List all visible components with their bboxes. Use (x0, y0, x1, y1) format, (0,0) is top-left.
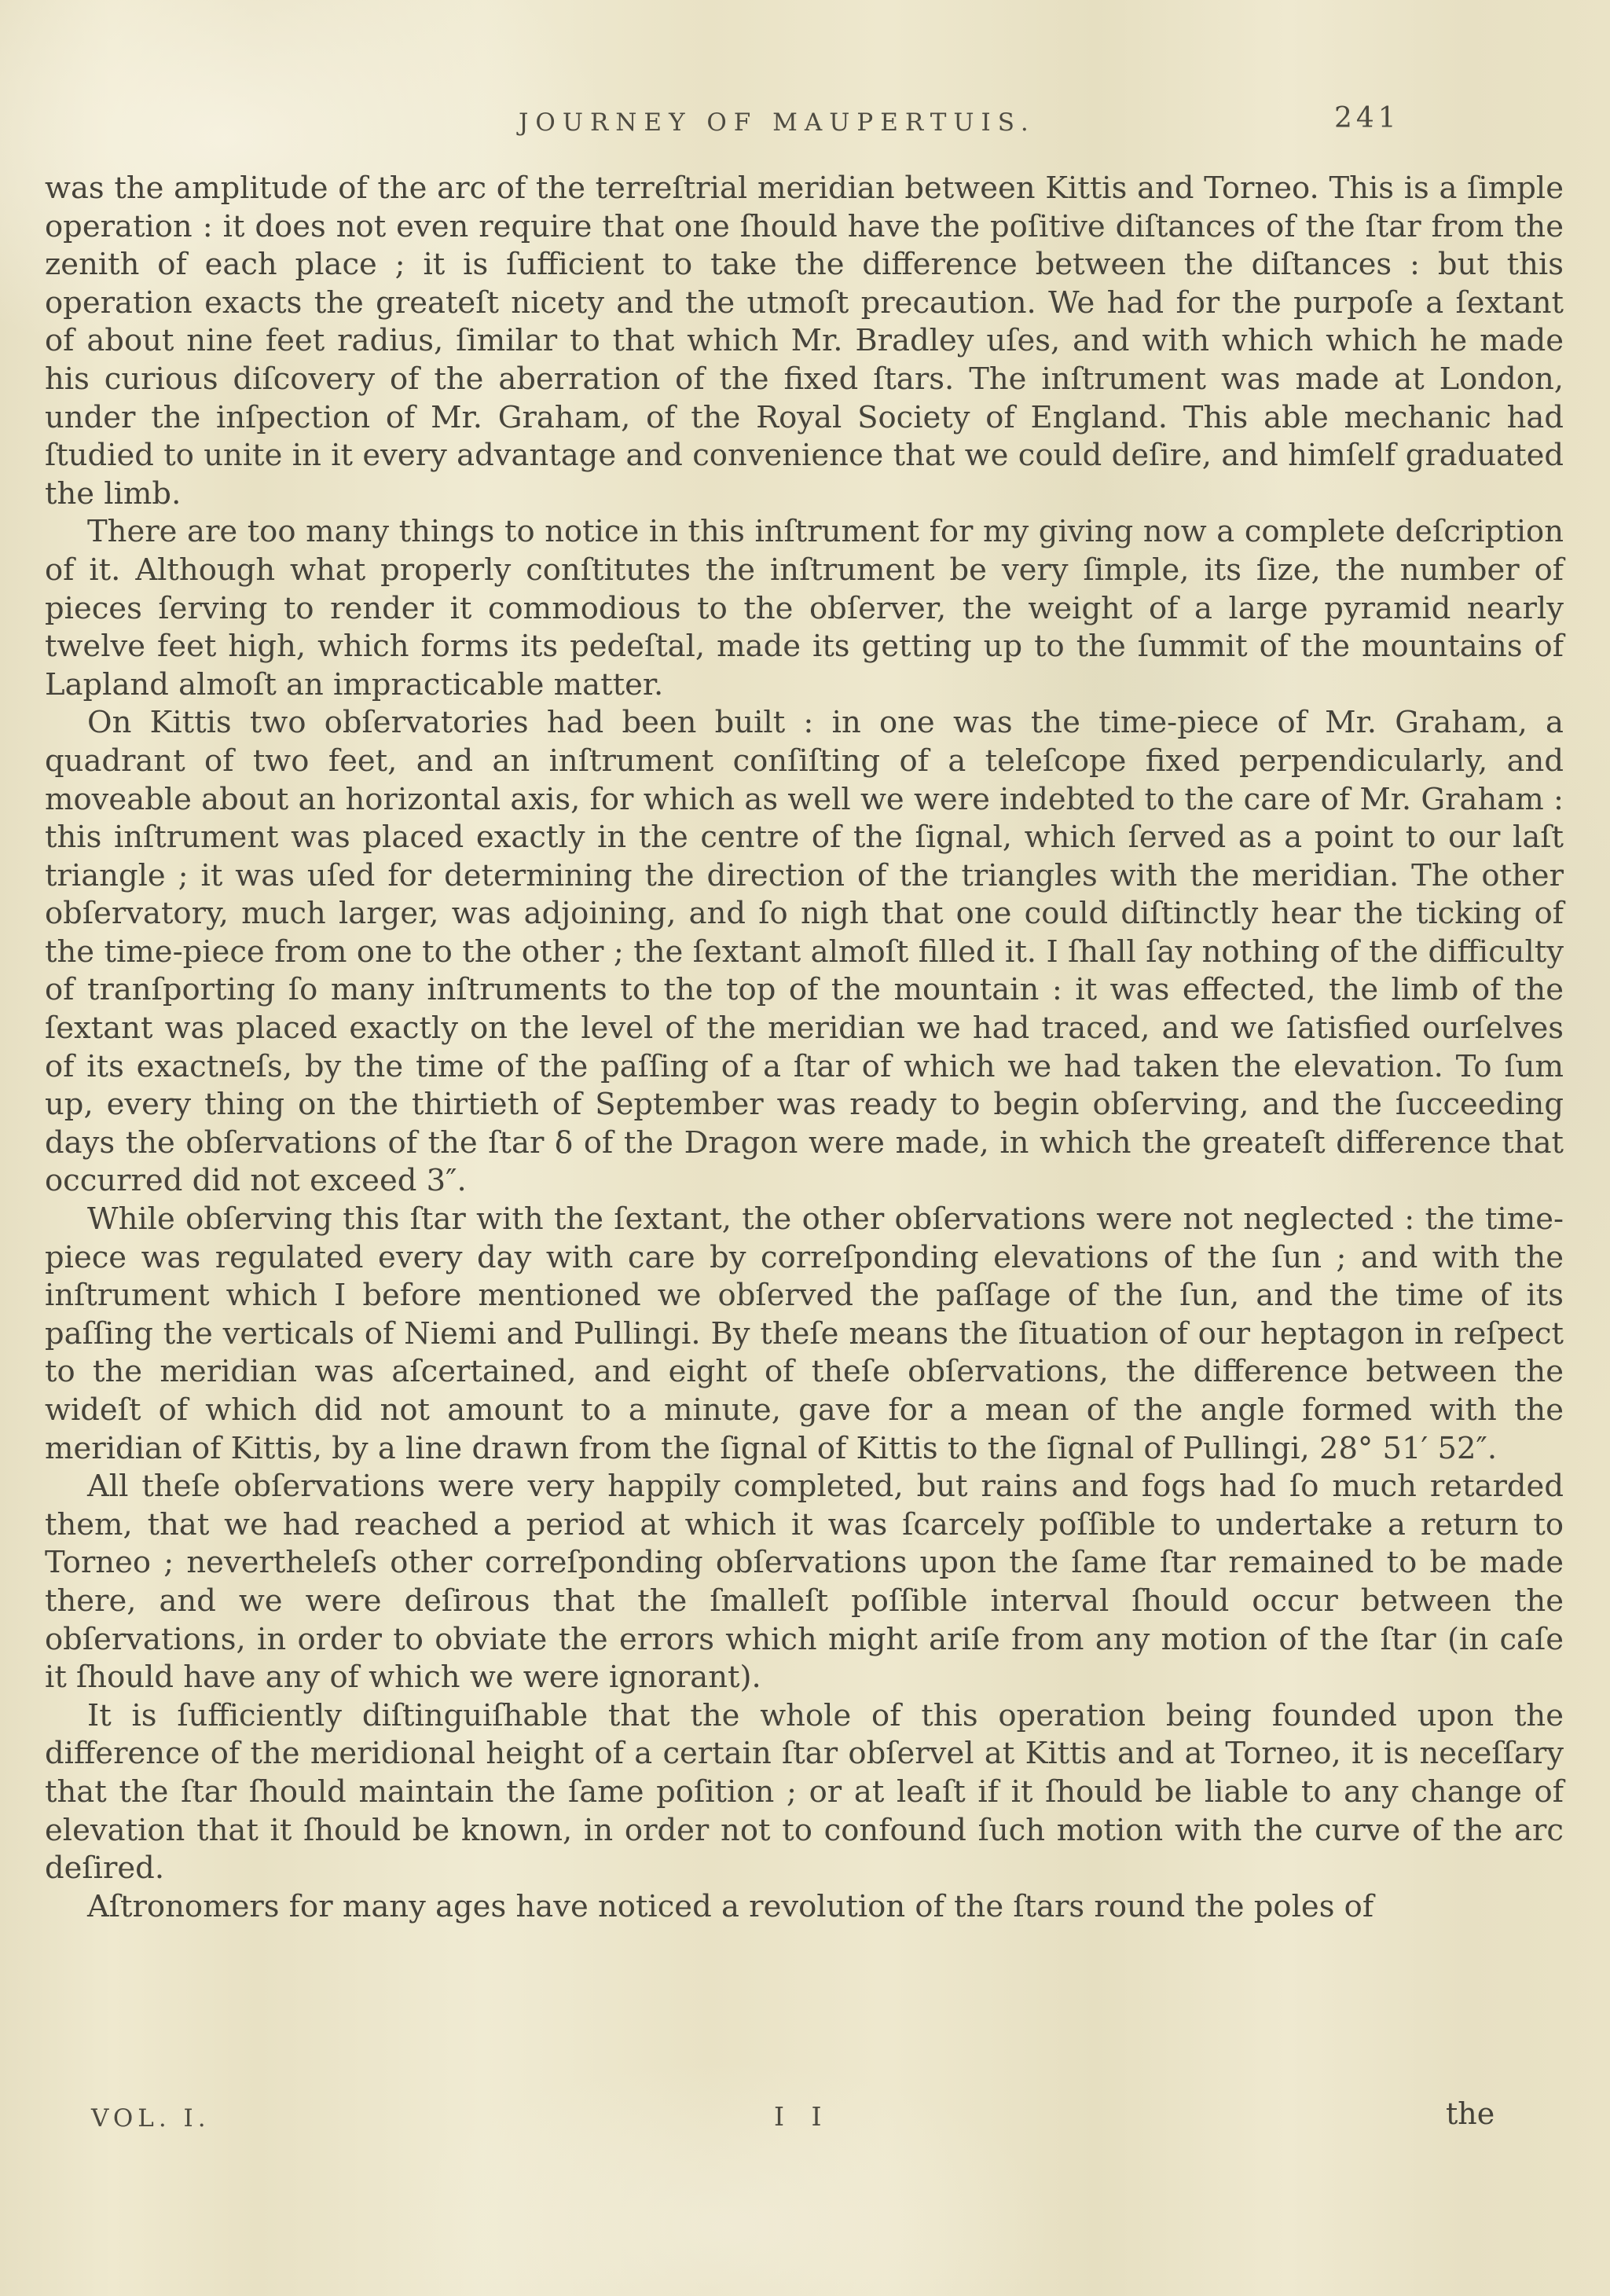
body-paragraph: While obſerving this ſtar with the ſexta… (45, 1201, 1564, 1468)
signature-mark: I I (774, 2101, 831, 2132)
body-paragraph: was the amplitude of the arc of the terr… (45, 170, 1564, 513)
page-number: 241 (1334, 102, 1400, 134)
catchword: the (1446, 2096, 1494, 2131)
body-text-block: was the amplitude of the arc of the terr… (45, 170, 1564, 1926)
book-page-scan: JOURNEY OF MAUPERTUIS. 241 was the ampli… (0, 0, 1610, 2296)
body-paragraph: It is ſufficiently diſtinguiſhable that … (45, 1697, 1564, 1888)
body-paragraph: Aſtronomers for many ages have noticed a… (45, 1888, 1564, 1927)
body-paragraph: All theſe obſervations were very happily… (45, 1468, 1564, 1697)
body-paragraph: There are too many things to notice in t… (45, 513, 1564, 704)
body-paragraph: On Kittis two obſervatories had been bui… (45, 704, 1564, 1201)
volume-label: VOL. I. (91, 2104, 211, 2133)
running-title: JOURNEY OF MAUPERTUIS. (519, 108, 1036, 137)
